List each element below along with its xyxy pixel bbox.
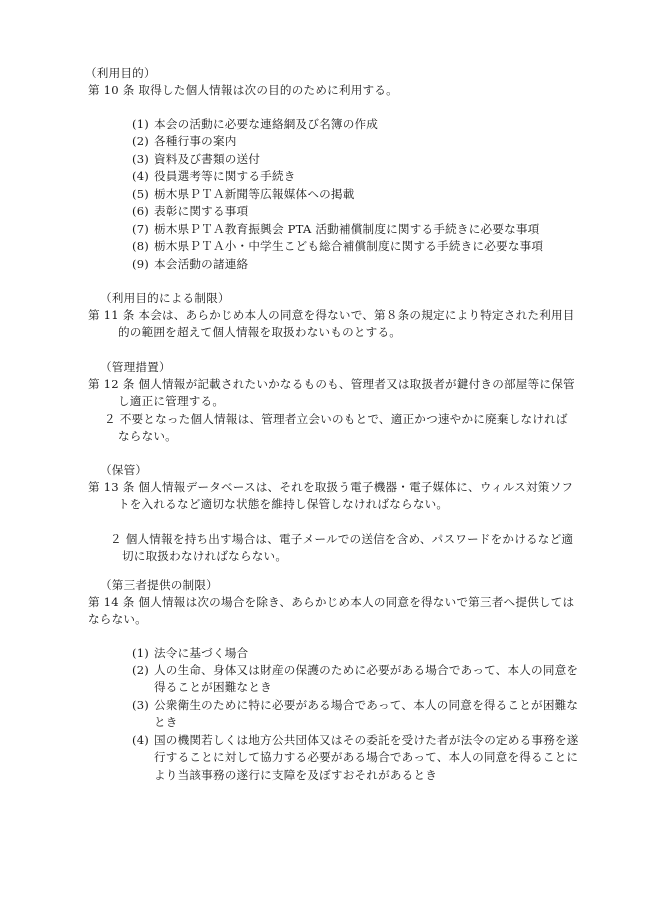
paragraph-2: ２ 不要となった個人情報は、管理者立会いのもとで、適正かつ速やかに廃棄しなければ [104, 411, 568, 428]
article-number: 第 11 条 [88, 308, 135, 322]
list-item: (1)法令に基づく場合 [132, 645, 248, 662]
article-text-continued: ならない。 [88, 611, 147, 628]
document-page: （利用目的） 第 10 条 取得した個人情報は次の目的のために利用する。 (1)… [0, 0, 645, 912]
list-item: (2)人の生命、身体又は財産の保護のために必要がある場合であって、本人の同意を [132, 662, 578, 679]
list-item: (4)役員選考等に関する手続き [132, 168, 296, 185]
article-12: 第 12 条 個人情報が記載されたいかなるものも、管理者又は取扱者が鍵付きの部屋… [88, 376, 575, 393]
section-heading: （第三者提供の制限） [100, 577, 218, 594]
list-item-continued: より当該事務の遂行に支障を及ぼすおそれがあるとき [154, 767, 437, 784]
list-item: (3)公衆衛生のために特に必要がある場合であって、本人の同意を得ることが困難な [132, 697, 578, 714]
article-text-continued: し適正に管理する。 [118, 393, 224, 410]
article-14: 第 14 条 個人情報は次の場合を除き、あらかじめ本人の同意を得ないで第三者へ提… [88, 594, 574, 611]
section-heading: （利用目的） [85, 65, 156, 82]
list-item: (2)各種行事の案内 [132, 133, 237, 150]
section-heading: （管理措置） [100, 359, 171, 376]
list-item-continued: 得ることが困難なとき [154, 679, 272, 696]
article-text-continued: トを入れるなど適切な状態を維持し保管しなければならない。 [118, 496, 448, 513]
list-item: (9)本会活動の諸連絡 [132, 256, 248, 273]
paragraph-text-continued: 切に取扱わなければならない。 [122, 548, 287, 565]
list-item: (1)本会の活動に必要な連絡網及び名簿の作成 [132, 116, 378, 133]
list-item: (6)表彰に関する事項 [132, 203, 248, 220]
list-item: (4)国の機関若しくは地方公共団体又はその委託を受けた者が法令の定める事務を遂 [132, 732, 579, 749]
paragraph-number: ２ [110, 532, 122, 546]
section-heading: （保管） [100, 462, 147, 479]
article-13: 第 13 条 個人情報データベースは、それを取扱う電子機器・電子媒体に、ウィルス… [88, 479, 573, 496]
article-number: 第 10 条 [88, 83, 135, 97]
article-number: 第 13 条 [88, 480, 135, 494]
list-item: (3)資料及び書類の送付 [132, 151, 260, 168]
list-item-continued: 行することに対して協力する必要がある場合であって、本人の同意を得ることに [154, 749, 578, 766]
article-number: 第 14 条 [88, 595, 135, 609]
article-11: 第 11 条 本会は、あらかじめ本人の同意を得ないで、第８条の規定により特定され… [88, 307, 575, 324]
paragraph-number: ２ [104, 412, 116, 426]
article-text: 取得した個人情報は次の目的のために利用する。 [138, 83, 397, 97]
list-item-continued: とき [154, 714, 178, 731]
paragraph-text-continued: ならない。 [118, 428, 177, 445]
list-item: (5)栃木県ＰＴＡ新聞等広報媒体への掲載 [132, 186, 355, 203]
list-item: (8)栃木県ＰＴＡ小・中学生こども総合補償制度に関する手続きに必要な事項 [132, 238, 543, 255]
list-item: (7)栃木県ＰＴＡ教育振興会 PTA 活動補償制度に関する手続きに必要な事項 [132, 221, 539, 238]
article-10: 第 10 条 取得した個人情報は次の目的のために利用する。 [88, 82, 398, 99]
section-heading: （利用目的による制限） [100, 290, 230, 307]
article-number: 第 12 条 [88, 377, 135, 391]
article-text-continued: 的の範囲を超えて個人情報を取扱わないものとする。 [118, 324, 401, 341]
paragraph-2: ２ 個人情報を持ち出す場合は、電子メールでの送信を含め、パスワードをかけるなど適 [110, 531, 573, 548]
